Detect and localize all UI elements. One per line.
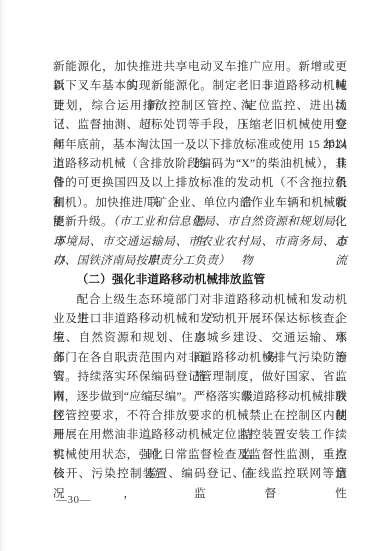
document-line: 境、自然资源和规划、住房城乡建设、交通运输、水务、商务等	[53, 328, 347, 347]
document-line: 以下叉车基本实现新能源化。制定老旧非道路移动机械更新淘汰	[53, 76, 347, 95]
document-line: 区管控要求，不符合排放要求的机械禁止在控制区内使用。持续	[53, 406, 347, 425]
document-line: 业及进口非道路移动机械和发动机开展环保达标核查。生态环	[53, 309, 347, 328]
document-line: 配合上级生态环境部门对非道路移动机械和发动机生产企	[53, 290, 347, 309]
document-line: 网，逐步做到“应编尽编”。严格落实非道路移动机械排放控制	[53, 387, 347, 406]
document-line: 部门在各自职责范围内对非道路移动机械排气污染防治实施监	[53, 348, 347, 367]
document-line: 记、监督抽测、超标处罚等手段，压缩老旧机械使用空间，2024	[53, 115, 347, 134]
document-line: 计划，综合运用排放控制区管控、定位监控、进出场（厂）登	[53, 96, 347, 115]
document-line: 件的可更换国四及以上排放标准的发动机（不含拖拉机和联合收	[53, 173, 347, 192]
document-line: 割机）。加快推进厂矿企业、单位内部作业车辆和机械新能源化	[53, 193, 347, 212]
document-page: 新能源化，加快推进共享电动叉车推广应用。新增或更新的 3 吨以下叉车基本实现新能…	[0, 0, 390, 551]
document-line: 环境局、市交通运输局、市农业农村局、市商务局、市口岸物流	[53, 232, 347, 251]
document-line: 道路移动机械（含排放阶段编码为“X”的柴油机械），具备条	[53, 154, 347, 173]
page-number: —30—	[56, 492, 91, 508]
document-line: 更新升级。（市工业和信息化局、市自然资源和规划局、市生态	[53, 212, 347, 231]
document-line: 管。持续落实环保编码登记管理制度，做好国家、省、市三级联	[53, 367, 347, 386]
text-segment-body: 更新升级。	[53, 215, 113, 228]
document-line: 开展在用燃油非道路移动机械定位监控装置安装工作，实时监控	[53, 425, 347, 444]
text-segment-heading: （二）强化非道路移动机械排放监管	[77, 273, 266, 286]
document-line: （二）强化非道路移动机械排放监管	[53, 270, 347, 289]
document-line: 机械使用状态，强化日常监督检查及监督性监测，重点核验信息	[53, 445, 347, 464]
text-segment-body: 公开、污染控制装置、编码登记、在线监控联网等情况，监督性	[53, 467, 347, 499]
document-line: 年年底前，基本淘汰国一及以下排放标准或使用 15 年以上的非	[53, 135, 347, 154]
document-line: 公开、污染控制装置、编码登记、在线监控联网等情况，监督性	[53, 464, 347, 483]
document-line: 新能源化，加快推进共享电动叉车推广应用。新增或更新的 3 吨	[53, 57, 347, 76]
text-segment-kai: 办、国铁济南局按职责分工负责）	[53, 254, 230, 267]
document-lines: 新能源化，加快推进共享电动叉车推广应用。新增或更新的 3 吨以下叉车基本实现新能…	[53, 57, 347, 484]
